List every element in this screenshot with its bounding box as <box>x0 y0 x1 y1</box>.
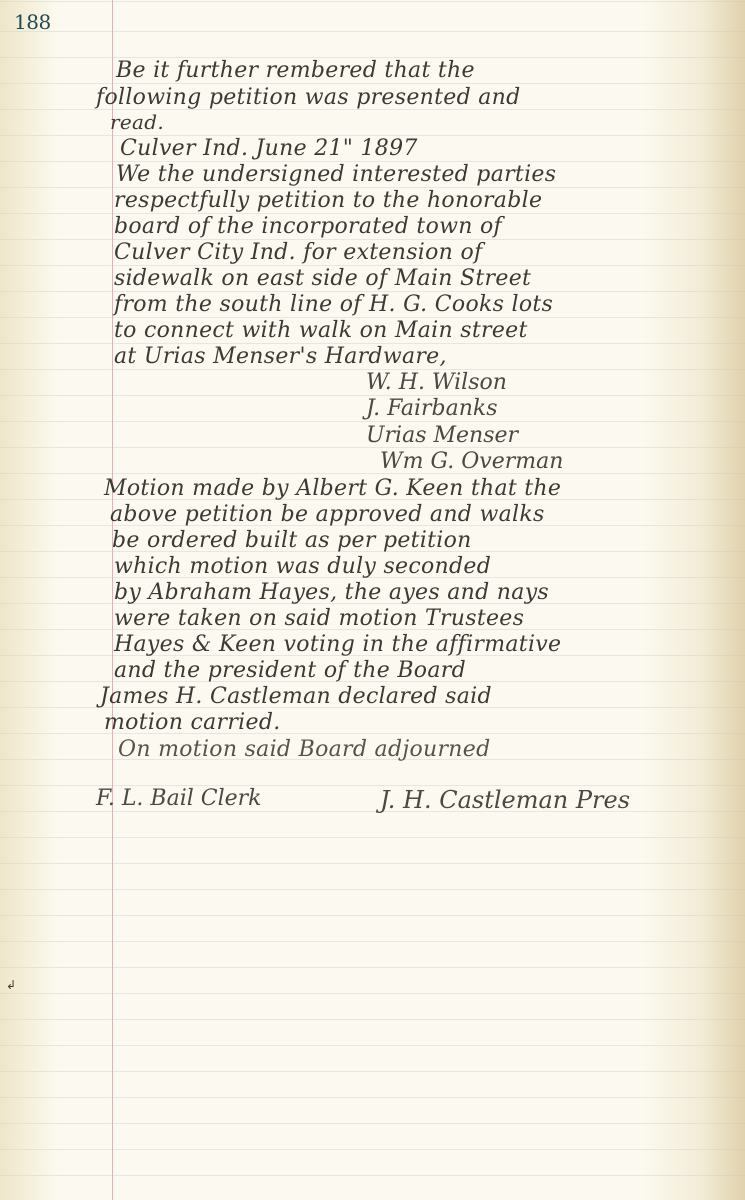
adjournment-line: On motion said Board adjourned <box>118 737 490 762</box>
motion-line: above petition be approved and walks <box>110 502 545 527</box>
body-line: at Urias Menser's Hardware, <box>114 344 447 369</box>
motion-line: and the president of the Board <box>114 658 466 683</box>
president-signature: J. H. Castleman Pres <box>380 786 630 814</box>
motion-line: which motion was duly seconded <box>114 554 491 579</box>
body-line: from the south line of H. G. Cooks lots <box>114 292 553 317</box>
margin-mark: ↲ <box>6 978 16 992</box>
motion-line: were taken on said motion Trustees <box>114 606 524 631</box>
body-line: We the undersigned interested parties <box>116 162 556 187</box>
petition-signer: J. Fairbanks <box>366 396 498 421</box>
body-line: read. <box>110 110 164 135</box>
petition-signer: W. H. Wilson <box>366 370 507 395</box>
body-line: Culver City Ind. for extension of <box>114 240 482 265</box>
body-line: to connect with walk on Main street <box>114 318 528 343</box>
ledger-page: 188 ↲ Be it further rembered that the fo… <box>0 0 745 1200</box>
petition-signer: Urias Menser <box>366 423 518 448</box>
petition-dateline: Culver Ind. June 21" 1897 <box>120 136 418 161</box>
motion-line: by Abraham Hayes, the ayes and nays <box>114 580 549 605</box>
body-line: respectfully petition to the honorable <box>114 188 542 213</box>
body-line: Be it further rembered that the <box>116 58 475 83</box>
motion-line: Hayes & Keen voting in the affirmative <box>114 632 561 657</box>
motion-line: be ordered built as per petition <box>112 528 472 553</box>
margin-rule <box>112 0 113 1200</box>
motion-line: motion carried. <box>104 710 281 735</box>
body-line: board of the incorporated town of <box>114 214 502 239</box>
page-number: 188 <box>14 10 51 34</box>
clerk-signature: F. L. Bail Clerk <box>96 786 262 811</box>
body-line: following petition was presented and <box>96 85 521 110</box>
motion-line: James H. Castleman declared said <box>100 684 492 709</box>
body-line: sidewalk on east side of Main Street <box>114 266 531 291</box>
petition-signer: Wm G. Overman <box>380 449 563 474</box>
motion-line: Motion made by Albert G. Keen that the <box>104 476 561 501</box>
